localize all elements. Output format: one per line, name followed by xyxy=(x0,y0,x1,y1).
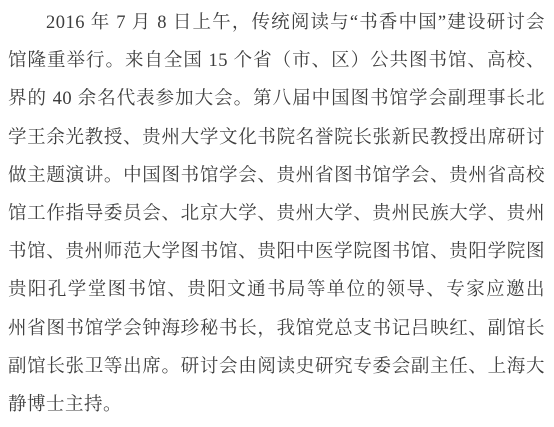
text-line-8: 贵阳孔学堂图书馆、贵阳文通书局等单位的领导、专家应邀出席。贵 xyxy=(8,271,545,309)
text-line-2: 馆隆重举行。来自全国 15 个省（市、区）公共图书馆、高校、出版 xyxy=(8,42,545,80)
paragraph: 2016 年 7 月 8 日上午，传统阅读与“书香中国”建设研讨会在我 馆隆重举… xyxy=(8,4,545,424)
document-page: 2016 年 7 月 8 日上午，传统阅读与“书香中国”建设研讨会在我 馆隆重举… xyxy=(0,0,554,427)
text-line-1: 2016 年 7 月 8 日上午，传统阅读与“书香中国”建设研讨会在我 xyxy=(8,4,545,42)
text-line-11: 静博士主持。 xyxy=(8,386,545,424)
text-line-5: 做主题演讲。中国图书馆学会、贵州省图书馆学会、贵州省高校图书 xyxy=(8,157,545,195)
text-line-3: 界的 40 余名代表参加大会。第八届中国图书馆学会副理事长北京大 xyxy=(8,80,545,118)
text-line-4: 学王余光教授、贵州大学文化书院名誉院长张新民教授出席研讨会并 xyxy=(8,119,545,157)
text-line-10: 副馆长张卫等出席。研讨会由阅读史研究专委会副主任、上海大学熊 xyxy=(8,348,545,386)
text-line-6: 馆工作指导委员会、北京大学、贵州大学、贵州民族大学、贵州省图 xyxy=(8,195,545,233)
text-line-9: 州省图书馆学会钟海珍秘书长，我馆党总支书记吕映红、副馆长龚剑、 xyxy=(8,310,545,348)
text-line-7: 书馆、贵州师范大学图书馆、贵阳中医学院图书馆、贵阳学院图书馆、 xyxy=(8,233,545,271)
